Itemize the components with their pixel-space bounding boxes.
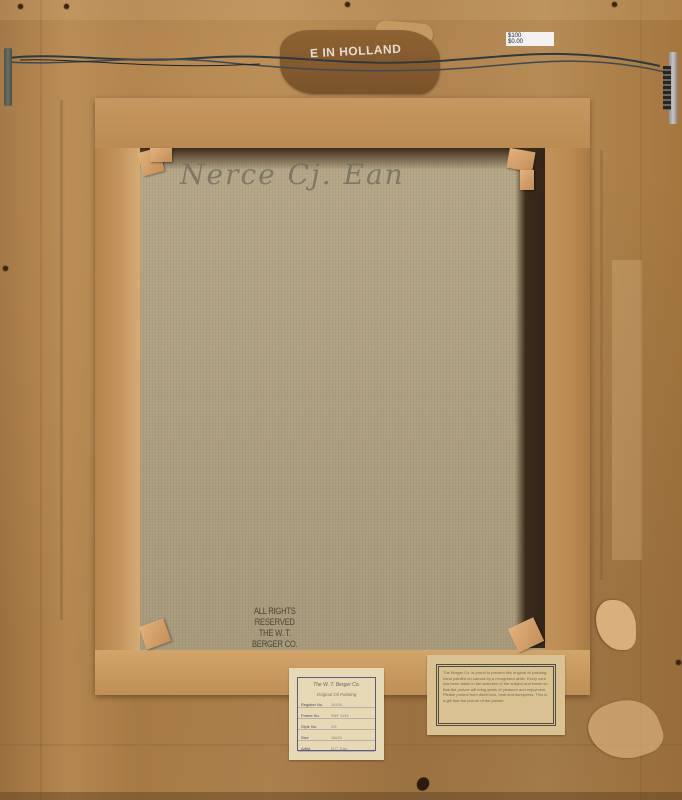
label-row: Style No.2/4: [298, 719, 375, 730]
label-key: Style No.: [301, 724, 331, 729]
gallery-label: The W. T. Berger Co. Original Oil Painti…: [289, 668, 384, 760]
painting-back-photo: Nerce Cj. Ean ALL RIGHTS RESERVED THE W.…: [0, 0, 682, 800]
label-row: Frame No.R&F 1145: [298, 708, 375, 719]
stretcher-right-bar: [545, 98, 590, 695]
label-row: Size18x24: [298, 730, 375, 741]
label-value: R&F 1145: [331, 713, 349, 718]
left-wire-hanger: [4, 48, 12, 106]
paper-crease: [600, 150, 603, 580]
gallery-label-border: The W. T. Berger Co. Original Oil Painti…: [297, 677, 376, 751]
paper-tear: [596, 600, 636, 650]
label-value: 10190: [331, 702, 342, 707]
hanging-wire: [0, 0, 682, 130]
paper-tear: [582, 690, 668, 770]
canvas-shadow-right: [515, 148, 545, 648]
nail-hole: [676, 660, 681, 665]
paper-hole: [414, 775, 431, 793]
corner-key-top-left: [150, 148, 172, 162]
stretcher-left-bar: [95, 98, 140, 695]
artist-signature: Nerce Cj. Ean: [180, 158, 405, 191]
label-key: Frame No.: [301, 713, 331, 718]
label-value: 18x24: [331, 735, 342, 740]
corner-key-top-right: [520, 170, 534, 190]
label-key: Register No.: [301, 702, 331, 707]
paper-highlight: [612, 260, 642, 560]
label-row: ArtistN.C. Ean: [298, 741, 375, 752]
label-key: Artist: [301, 746, 331, 751]
notice-label: The Berger Co. is proud to present this …: [427, 655, 565, 735]
label-value: 2/4: [331, 724, 337, 729]
label-value: N.C. Ean: [331, 746, 347, 751]
corner-key-top-right: [506, 148, 535, 172]
notice-label-text: The Berger Co. is proud to present this …: [436, 664, 556, 726]
nail-hole: [3, 266, 8, 271]
stamp-line-1: ALL RIGHTS RESERVED: [245, 606, 305, 628]
canvas-back: [140, 148, 545, 650]
label-key: Size: [301, 735, 331, 740]
stamp-line-2: THE W. T. BERGER CO.: [245, 628, 305, 650]
paper-crease: [60, 100, 63, 620]
gallery-label-title: The W. T. Berger Co.: [298, 682, 375, 688]
sawtooth-teeth: [663, 66, 671, 110]
label-row: Register No.10190: [298, 697, 375, 708]
copyright-stamp: ALL RIGHTS RESERVED THE W. T. BERGER CO.: [245, 606, 305, 650]
bottom-edge: [0, 792, 682, 800]
